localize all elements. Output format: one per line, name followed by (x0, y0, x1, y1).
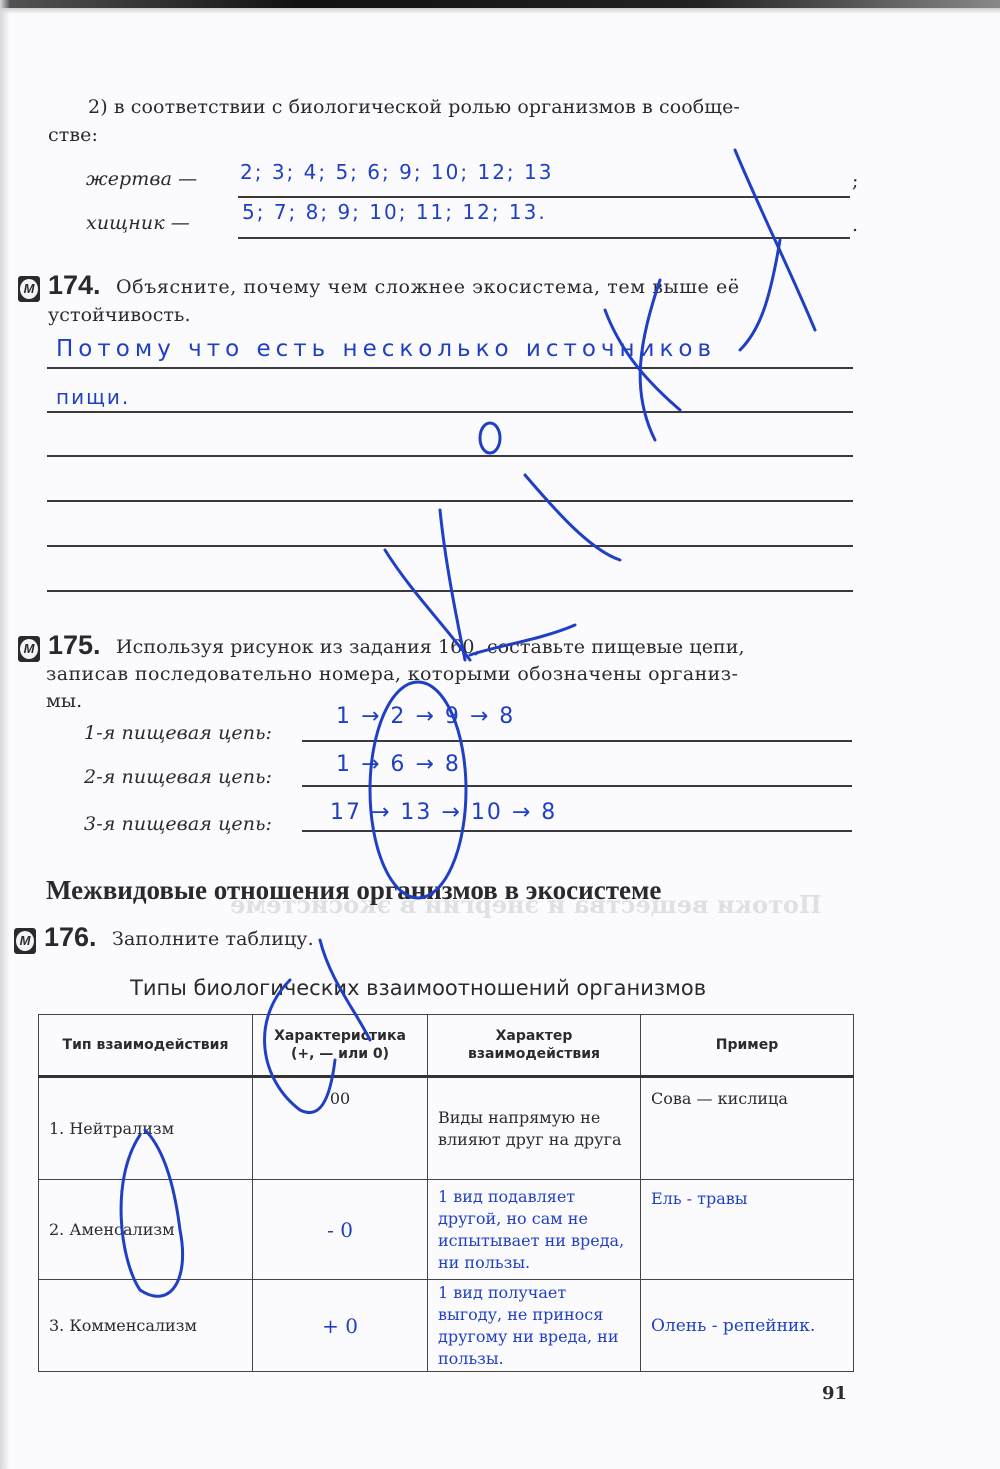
page-number: 91 (822, 1383, 847, 1404)
cell-type: 3. Комменсализм (39, 1280, 253, 1372)
cell-characteristic: 00 (253, 1077, 428, 1180)
task-174-line-6 (47, 590, 853, 592)
cell-example: Сова — кислица (641, 1077, 854, 1180)
task-174-line-3 (47, 455, 853, 457)
table-row: 3. Комменсализм + 0 1 вид получает выгод… (39, 1280, 854, 1372)
scan-top-shadow (0, 8, 1000, 14)
prey-label: жертва — (86, 168, 197, 190)
header-nature: Характер взаимодействия (428, 1015, 641, 1077)
task-175-text-line1: Используя рисунок из задания 160, состав… (116, 636, 745, 658)
badge-letter: М (20, 639, 38, 659)
task-174-answer-line2[interactable]: пищи. (56, 385, 130, 409)
task-175-text-line2: записав последовательно номера, которыми… (46, 663, 738, 685)
chain-3-line (302, 830, 852, 832)
predator-label: хищник — (86, 212, 190, 234)
cell-characteristic-input[interactable]: - 0 (253, 1180, 428, 1280)
cell-example-input[interactable]: Ель - травы (641, 1180, 854, 1280)
cell-nature: Виды напрямую не влияют друг на друга (428, 1077, 641, 1180)
task-174-badge: М (18, 276, 40, 302)
chain-3-label: 3-я пищевая цепь: (84, 813, 272, 835)
cell-nature-input[interactable]: 1 вид получает выгоду, не принося другом… (428, 1280, 641, 1372)
header-characteristic: Характеристика (+, — или 0) (253, 1015, 428, 1077)
chain-1-answer[interactable]: 1 → 2 → 9 → 8 (336, 704, 515, 729)
scan-left-edge (0, 0, 10, 1469)
chain-2-answer[interactable]: 1 → 6 → 8 (336, 752, 461, 777)
prey-answer-line (238, 196, 850, 198)
task-176-text: Заполните таблицу. (112, 928, 314, 950)
cell-example-input[interactable]: Олень - репейник. (641, 1280, 854, 1372)
predator-answer-line (238, 237, 850, 239)
predator-end-punct: . (852, 214, 858, 236)
task-175-badge: М (18, 636, 40, 662)
task-174-line-5 (47, 545, 853, 547)
badge-letter: М (16, 931, 34, 951)
table-title: Типы биологических взаимоотношений орган… (130, 976, 706, 1000)
header-type: Тип взаимодействия (39, 1015, 253, 1077)
cell-type: 1. Нейтрализм (39, 1077, 253, 1180)
scan-top-edge (0, 0, 1000, 8)
chain-2-label: 2-я пищевая цепь: (84, 766, 272, 788)
cell-characteristic-input[interactable]: + 0 (253, 1280, 428, 1372)
part2-intro-line1: 2) в соответствии с биологической ролью … (88, 96, 740, 118)
task-174-line-1 (47, 367, 853, 369)
task-175-number: 175. (48, 630, 101, 661)
part2-intro-line2: стве: (48, 124, 98, 146)
task-174-line-2 (47, 411, 853, 413)
table-row: 1. Нейтрализм 00 Виды напрямую не влияют… (39, 1077, 854, 1180)
chain-1-line (302, 740, 852, 742)
task-175-text-line3: мы. (46, 690, 82, 712)
task-174-text-line2: устойчивость. (48, 304, 191, 326)
predator-answer[interactable]: 5; 7; 8; 9; 10; 11; 12; 13. (242, 200, 547, 224)
task-174-text-line1: Объясните, почему чем сложнее экосистема… (116, 276, 740, 298)
cell-type: 2. Аменсализм (39, 1180, 253, 1280)
relations-table: Тип взаимодействия Характеристика (+, — … (38, 1014, 854, 1372)
chain-1-label: 1-я пищевая цепь: (84, 722, 272, 744)
badge-letter: М (20, 279, 38, 299)
task-174-line-4 (47, 500, 853, 502)
table-row: 2. Аменсализм - 0 1 вид подавляет другой… (39, 1180, 854, 1280)
cell-nature-input[interactable]: 1 вид подавляет другой, но сам не испыты… (428, 1180, 641, 1280)
prey-end-punct: ; (852, 170, 859, 192)
chain-3-answer[interactable]: 17 → 13 → 10 → 8 (330, 800, 557, 825)
table-header-row: Тип взаимодействия Характеристика (+, — … (39, 1015, 854, 1077)
prey-answer[interactable]: 2; 3; 4; 5; 6; 9; 10; 12; 13 (240, 160, 553, 184)
chain-2-line (302, 785, 852, 787)
header-example: Пример (641, 1015, 854, 1077)
task-174-number: 174. (48, 270, 101, 301)
task-176-number: 176. (44, 922, 97, 953)
task-174-answer-line1[interactable]: Потому что есть несколько источников (56, 336, 716, 362)
section-title: Межвидовые отношения организмов в экосис… (46, 875, 661, 906)
task-176-badge: М (14, 928, 36, 954)
